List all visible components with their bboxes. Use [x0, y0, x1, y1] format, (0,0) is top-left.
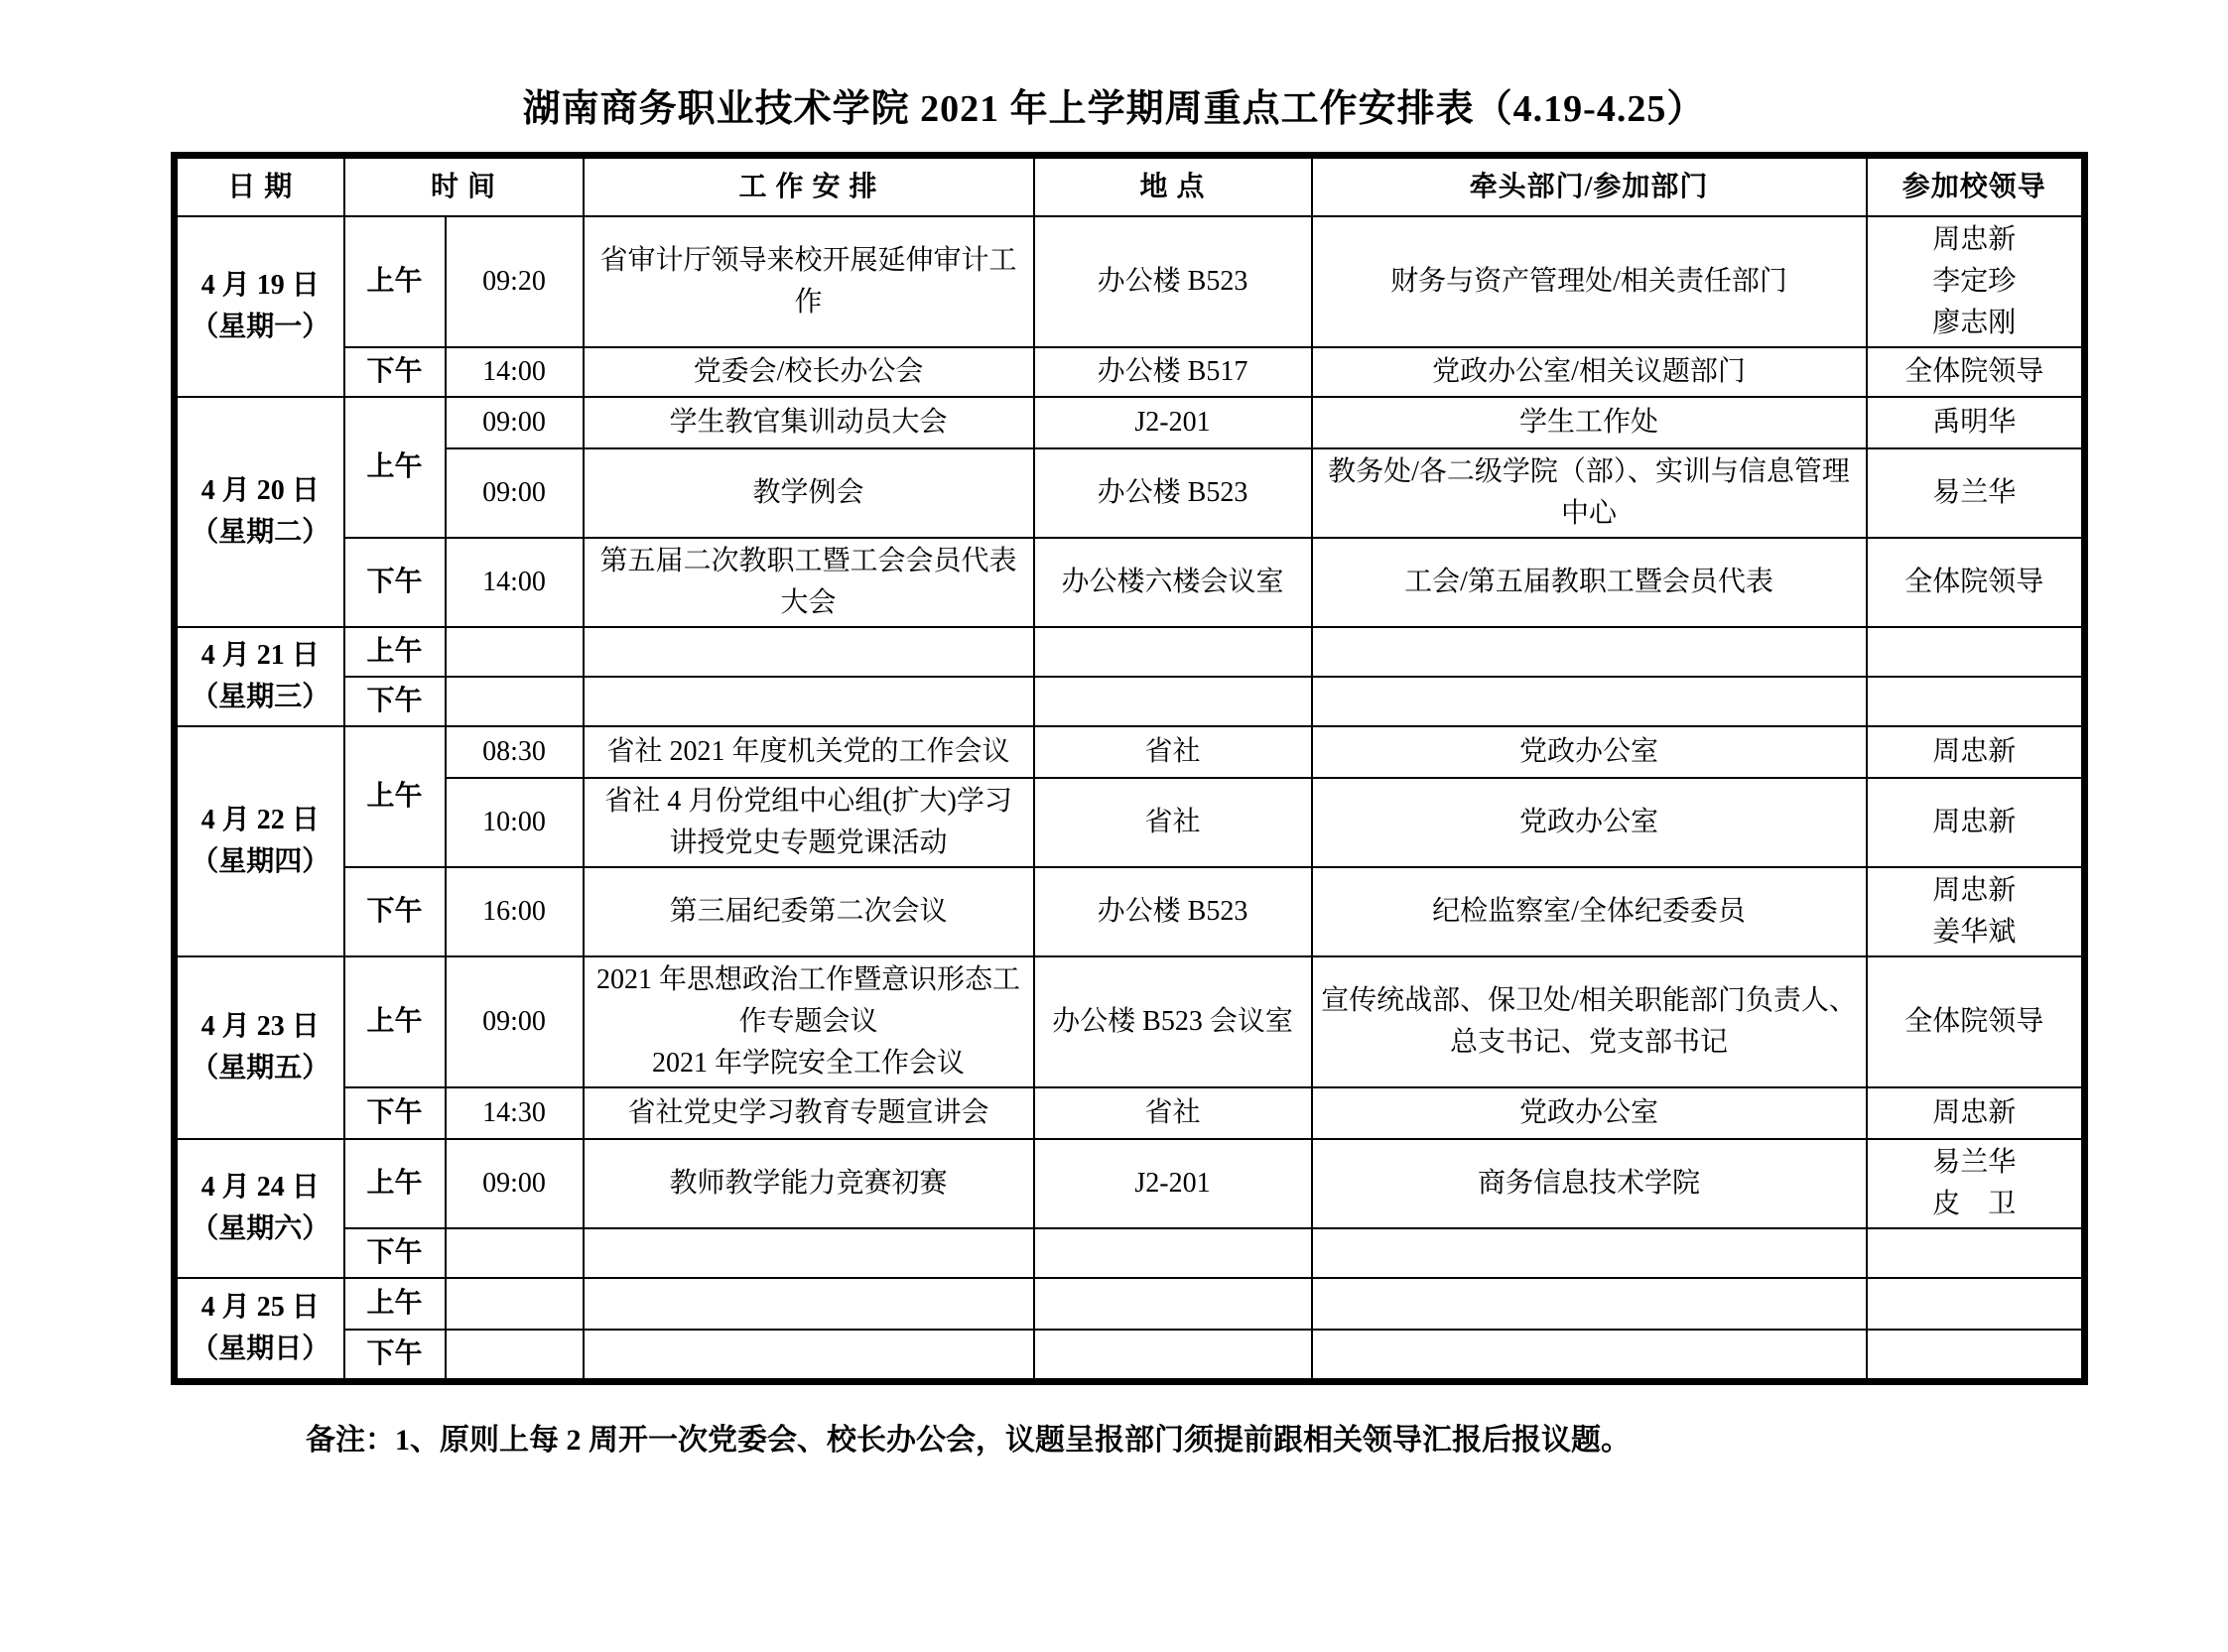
dept-cell: 党政办公室/相关议题部门 [1312, 347, 1867, 397]
table-row: 下午 14:00 第五届二次教职工暨工会会员代表大会 办公楼六楼会议室 工会/第… [175, 538, 2085, 627]
work-cell: 省社 4 月份党组中心组(扩大)学习 讲授党史专题党课活动 [584, 778, 1034, 867]
place-cell [1034, 677, 1312, 726]
time-cell: 14:30 [446, 1087, 584, 1139]
table-row: 4 月 25 日 （星期日） 上午 [175, 1278, 2085, 1330]
dept-cell [1312, 1330, 1867, 1381]
page-title: 湖南商务职业技术学院 2021 年上学期周重点工作安排表（4.19-4.25） [0, 77, 2228, 132]
table-row: 下午 [175, 677, 2085, 726]
table-row: 下午 [175, 1330, 2085, 1381]
dept-cell [1312, 1228, 1867, 1278]
header-dept: 牵头部门/参加部门 [1312, 156, 1867, 217]
period-cell: 上午 [344, 627, 446, 677]
table-row: 4 月 22 日 （星期四） 上午 08:30 省社 2021 年度机关党的工作… [175, 726, 2085, 778]
table-row: 4 月 23 日 （星期五） 上午 09:00 2021 年思想政治工作暨意识形… [175, 956, 2085, 1087]
place-cell [1034, 627, 1312, 677]
period-cell: 下午 [344, 1330, 446, 1381]
leaders-cell: 周忠新 李定珍 廖志刚 [1867, 216, 2085, 347]
work-cell: 学生教官集训动员大会 [584, 397, 1034, 448]
dept-cell: 财务与资产管理处/相关责任部门 [1312, 216, 1867, 347]
work-cell: 党委会/校长办公会 [584, 347, 1034, 397]
place-cell: J2-201 [1034, 1139, 1312, 1228]
work-cell: 第三届纪委第二次会议 [584, 867, 1034, 956]
period-cell: 上午 [344, 216, 446, 347]
place-cell: 办公楼 B523 会议室 [1034, 956, 1312, 1087]
place-cell: 省社 [1034, 1087, 1312, 1139]
time-cell: 09:00 [446, 1139, 584, 1228]
leaders-cell: 周忠新 [1867, 1087, 2085, 1139]
leaders-cell: 周忠新 [1867, 726, 2085, 778]
period-cell: 上午 [344, 726, 446, 867]
leaders-cell: 全体院领导 [1867, 347, 2085, 397]
table-row: 10:00 省社 4 月份党组中心组(扩大)学习 讲授党史专题党课活动 省社 党… [175, 778, 2085, 867]
work-cell: 2021 年思想政治工作暨意识形态工作专题会议 2021 年学院安全工作会议 [584, 956, 1034, 1087]
schedule-table: 日 期 时 间 工 作 安 排 地 点 牵头部门/参加部门 参加校领导 4 月 … [171, 152, 2088, 1385]
dept-cell: 商务信息技术学院 [1312, 1139, 1867, 1228]
place-cell: 省社 [1034, 726, 1312, 778]
table-row: 4 月 24 日 （星期六） 上午 09:00 教师教学能力竞赛初赛 J2-20… [175, 1139, 2085, 1228]
table-row: 09:00 教学例会 办公楼 B523 教务处/各二级学院（部）、实训与信息管理… [175, 448, 2085, 538]
dept-cell: 宣传统战部、保卫处/相关职能部门负责人、总支书记、党支部书记 [1312, 956, 1867, 1087]
leaders-cell: 易兰华 [1867, 448, 2085, 538]
dept-cell: 党政办公室 [1312, 1087, 1867, 1139]
header-row: 日 期 时 间 工 作 安 排 地 点 牵头部门/参加部门 参加校领导 [175, 156, 2085, 217]
time-cell [446, 677, 584, 726]
leaders-cell: 全体院领导 [1867, 538, 2085, 627]
work-cell [584, 677, 1034, 726]
dept-cell: 党政办公室 [1312, 778, 1867, 867]
period-cell: 下午 [344, 867, 446, 956]
work-cell: 教师教学能力竞赛初赛 [584, 1139, 1034, 1228]
time-cell: 09:20 [446, 216, 584, 347]
leaders-cell: 周忠新 姜华斌 [1867, 867, 2085, 956]
table-row: 4 月 19 日 （星期一） 上午 09:20 省审计厅领导来校开展延伸审计工作… [175, 216, 2085, 347]
work-cell: 第五届二次教职工暨工会会员代表大会 [584, 538, 1034, 627]
time-cell: 09:00 [446, 956, 584, 1087]
table-row: 4 月 20 日 （星期二） 上午 09:00 学生教官集训动员大会 J2-20… [175, 397, 2085, 448]
date-cell: 4 月 20 日 （星期二） [175, 397, 344, 627]
period-cell: 下午 [344, 1228, 446, 1278]
leaders-cell [1867, 627, 2085, 677]
date-cell: 4 月 24 日 （星期六） [175, 1139, 344, 1278]
time-cell: 14:00 [446, 538, 584, 627]
place-cell [1034, 1278, 1312, 1330]
dept-cell [1312, 1278, 1867, 1330]
place-cell [1034, 1330, 1312, 1381]
time-cell: 09:00 [446, 448, 584, 538]
date-cell: 4 月 19 日 （星期一） [175, 216, 344, 397]
table-row: 下午 14:30 省社党史学习教育专题宣讲会 省社 党政办公室 周忠新 [175, 1087, 2085, 1139]
place-cell: 省社 [1034, 778, 1312, 867]
time-cell [446, 1330, 584, 1381]
leaders-cell: 周忠新 [1867, 778, 2085, 867]
leaders-cell: 禹明华 [1867, 397, 2085, 448]
table-row: 下午 [175, 1228, 2085, 1278]
place-cell: J2-201 [1034, 397, 1312, 448]
leaders-cell [1867, 677, 2085, 726]
place-cell: 办公楼 B517 [1034, 347, 1312, 397]
time-cell [446, 1228, 584, 1278]
work-cell [584, 1330, 1034, 1381]
footnote: 备注：1、原则上每 2 周开一次党委会、校长办公会，议题呈报部门须提前跟相关领导… [306, 1415, 2228, 1459]
work-cell [584, 627, 1034, 677]
header-work: 工 作 安 排 [584, 156, 1034, 217]
date-cell: 4 月 23 日 （星期五） [175, 956, 344, 1139]
dept-cell: 纪检监察室/全体纪委委员 [1312, 867, 1867, 956]
header-date: 日 期 [175, 156, 344, 217]
dept-cell: 教务处/各二级学院（部）、实训与信息管理中心 [1312, 448, 1867, 538]
place-cell [1034, 1228, 1312, 1278]
leaders-cell [1867, 1330, 2085, 1381]
work-cell [584, 1228, 1034, 1278]
table-row: 下午 16:00 第三届纪委第二次会议 办公楼 B523 纪检监察室/全体纪委委… [175, 867, 2085, 956]
leaders-cell [1867, 1278, 2085, 1330]
time-cell: 09:00 [446, 397, 584, 448]
period-cell: 下午 [344, 538, 446, 627]
dept-cell [1312, 677, 1867, 726]
header-time: 时 间 [344, 156, 584, 217]
leaders-cell: 易兰华 皮 卫 [1867, 1139, 2085, 1228]
date-cell: 4 月 22 日 （星期四） [175, 726, 344, 956]
time-cell [446, 1278, 584, 1330]
time-cell: 08:30 [446, 726, 584, 778]
date-cell: 4 月 21 日 （星期三） [175, 627, 344, 726]
leaders-cell: 全体院领导 [1867, 956, 2085, 1087]
work-cell: 省社 2021 年度机关党的工作会议 [584, 726, 1034, 778]
table-row: 4 月 21 日 （星期三） 上午 [175, 627, 2085, 677]
work-cell [584, 1278, 1034, 1330]
period-cell: 上午 [344, 1278, 446, 1330]
time-cell: 16:00 [446, 867, 584, 956]
header-place: 地 点 [1034, 156, 1312, 217]
period-cell: 上午 [344, 397, 446, 538]
header-leaders: 参加校领导 [1867, 156, 2085, 217]
dept-cell: 学生工作处 [1312, 397, 1867, 448]
time-cell [446, 627, 584, 677]
period-cell: 下午 [344, 677, 446, 726]
time-cell: 10:00 [446, 778, 584, 867]
leaders-cell [1867, 1228, 2085, 1278]
work-cell: 省社党史学习教育专题宣讲会 [584, 1087, 1034, 1139]
work-cell: 教学例会 [584, 448, 1034, 538]
table-row: 下午 14:00 党委会/校长办公会 办公楼 B517 党政办公室/相关议题部门… [175, 347, 2085, 397]
place-cell: 办公楼六楼会议室 [1034, 538, 1312, 627]
dept-cell: 党政办公室 [1312, 726, 1867, 778]
dept-cell [1312, 627, 1867, 677]
work-cell: 省审计厅领导来校开展延伸审计工作 [584, 216, 1034, 347]
period-cell: 下午 [344, 347, 446, 397]
dept-cell: 工会/第五届教职工暨会员代表 [1312, 538, 1867, 627]
period-cell: 上午 [344, 1139, 446, 1228]
time-cell: 14:00 [446, 347, 584, 397]
period-cell: 下午 [344, 1087, 446, 1139]
place-cell: 办公楼 B523 [1034, 867, 1312, 956]
place-cell: 办公楼 B523 [1034, 448, 1312, 538]
date-cell: 4 月 25 日 （星期日） [175, 1278, 344, 1381]
place-cell: 办公楼 B523 [1034, 216, 1312, 347]
period-cell: 上午 [344, 956, 446, 1087]
